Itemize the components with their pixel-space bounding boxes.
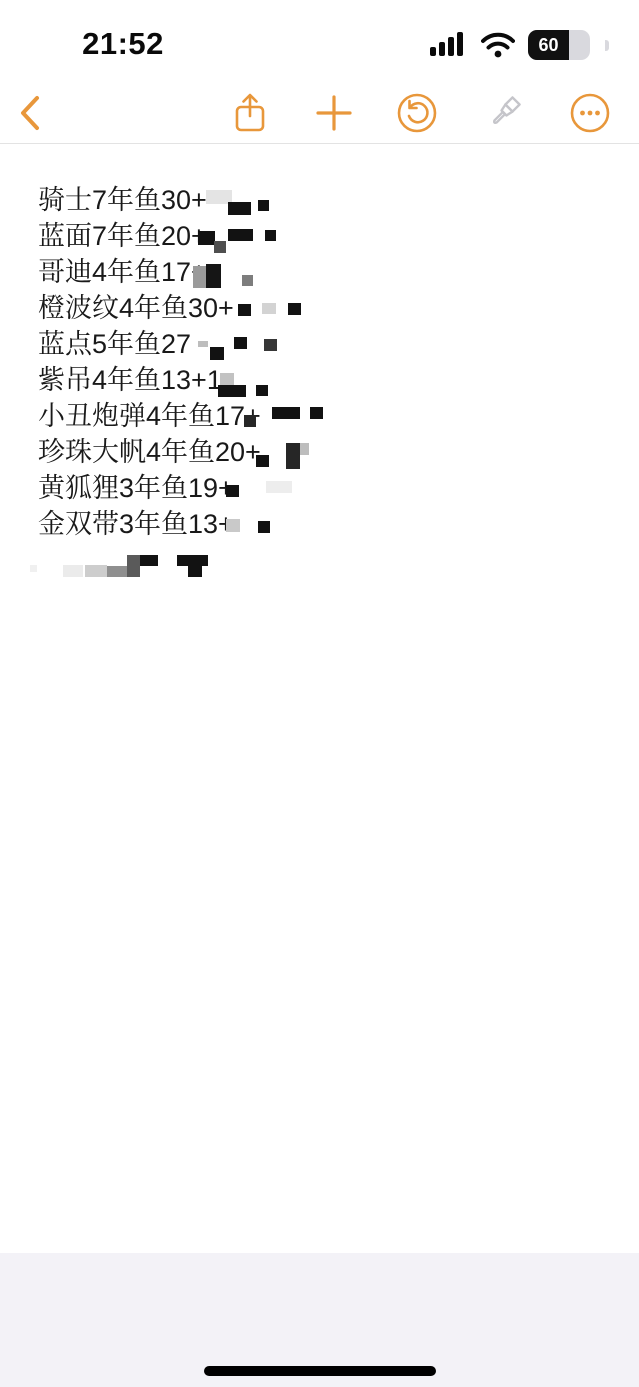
share-button[interactable]	[228, 91, 272, 135]
redaction-block	[256, 385, 268, 396]
redaction-block	[288, 303, 301, 315]
redaction-block	[127, 555, 140, 577]
redaction-block	[256, 455, 269, 467]
redaction-block	[30, 565, 37, 572]
redaction-block	[228, 202, 251, 215]
redaction-block	[258, 200, 269, 211]
redaction-block	[234, 337, 247, 349]
redaction-block	[242, 275, 253, 286]
more-button[interactable]	[568, 91, 612, 135]
chevron-back-icon	[15, 93, 45, 133]
note-line: 橙波纹4年鱼30+	[38, 291, 598, 327]
redaction-block	[262, 303, 276, 314]
undo-button[interactable]	[395, 91, 439, 135]
note-line: 黄狐狸3年鱼19+	[38, 471, 598, 507]
note-line: 金双带3年鱼13+	[38, 507, 598, 543]
note-line-text: 珍珠大帆4年鱼20+	[38, 437, 261, 467]
cellular-signal-icon	[430, 32, 468, 58]
note-line: 小丑炮弹4年鱼17+	[38, 399, 598, 435]
note-line: 珍珠大帆4年鱼20+	[38, 435, 598, 471]
redaction-block	[300, 443, 309, 455]
note-line: 哥迪4年鱼17+	[38, 255, 598, 291]
redaction-block	[266, 481, 292, 493]
undo-icon	[396, 92, 438, 134]
redaction-block	[226, 485, 239, 497]
redaction-block	[193, 266, 206, 288]
redaction-block	[206, 264, 221, 288]
back-button[interactable]	[8, 91, 52, 135]
note-line: 蓝面7年鱼20+	[38, 219, 598, 255]
redaction-block	[238, 304, 251, 316]
home-indicator[interactable]	[204, 1366, 436, 1376]
status-icons: 60	[430, 30, 609, 60]
redaction-block	[272, 407, 300, 419]
notes-app-screen: 21:52 60	[0, 0, 639, 1387]
redaction-block	[188, 566, 202, 577]
note-toolbar	[0, 85, 639, 143]
share-icon	[233, 92, 267, 134]
note-line-text: 小丑炮弹4年鱼17+	[38, 401, 261, 431]
redaction-block	[198, 231, 215, 245]
redaction-block	[228, 229, 253, 241]
note-line-text: 紫吊4年鱼13+1	[38, 365, 222, 395]
more-ellipsis-icon	[569, 92, 611, 134]
redaction-block	[177, 555, 208, 566]
status-bar: 21:52 60	[0, 0, 639, 85]
battery-icon: 60	[528, 30, 590, 60]
redaction-block	[310, 407, 323, 419]
redaction-block	[218, 385, 246, 397]
redaction-block	[244, 415, 256, 427]
note-line-text: 橙波纹4年鱼30+	[38, 293, 234, 323]
footer-bar	[0, 1253, 639, 1387]
note-line-text: 蓝点5年鱼27	[38, 329, 191, 359]
redaction-block	[264, 339, 277, 351]
note-line: 骑士7年鱼30+	[38, 183, 598, 219]
redaction-block	[286, 443, 300, 469]
redaction-block	[140, 555, 158, 566]
battery-fill: 60	[528, 30, 569, 60]
plus-icon	[315, 94, 353, 132]
redaction-block	[265, 230, 276, 241]
battery-nub-icon	[605, 40, 609, 51]
redaction-block	[63, 565, 83, 577]
markup-brush-icon	[483, 92, 525, 134]
note-line-text: 骑士7年鱼30+	[38, 185, 207, 215]
redaction-block	[85, 565, 107, 577]
note-line-text: 哥迪4年鱼17+	[38, 257, 207, 287]
redaction-block	[226, 519, 240, 532]
battery-percent-label: 60	[538, 35, 558, 56]
redaction-block	[214, 241, 226, 253]
status-time: 21:52	[58, 26, 188, 62]
note-line: 蓝点5年鱼27	[38, 327, 598, 363]
note-line: 紫吊4年鱼13+1	[38, 363, 598, 399]
note-line-redacted	[38, 549, 598, 585]
note-line-text: 蓝面7年鱼20+	[38, 221, 207, 251]
note-content[interactable]: 骑士7年鱼30+蓝面7年鱼20+哥迪4年鱼17+橙波纹4年鱼30+蓝点5年鱼27…	[38, 183, 598, 585]
markup-button[interactable]	[482, 91, 526, 135]
note-line-text: 金双带3年鱼13+	[38, 509, 234, 539]
redaction-block	[198, 341, 208, 347]
toolbar-divider	[0, 143, 639, 144]
add-note-button[interactable]	[312, 91, 356, 135]
wifi-icon	[481, 32, 515, 58]
redaction-block	[258, 521, 270, 533]
note-line-text: 黄狐狸3年鱼19+	[38, 473, 234, 503]
redaction-block	[210, 347, 224, 360]
redaction-block	[220, 373, 234, 385]
